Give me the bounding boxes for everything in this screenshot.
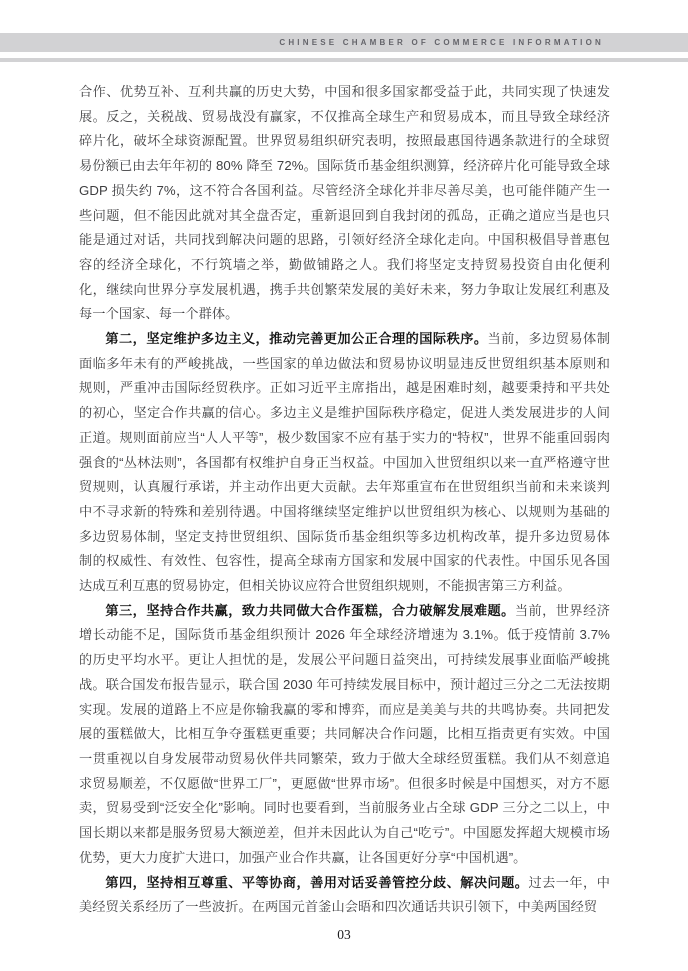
paragraph-2-lead: 第二，坚定维护多边主义，推动完善更加公正合理的国际秩序。 (105, 331, 487, 346)
paragraph-4: 第四，坚持相互尊重、平等协商，善用对话妥善管控分歧、解决问题。过去一年，中美经贸… (79, 871, 610, 920)
paragraph-2-text: 当前，多边贸易体制面临多年未有的严峻挑战，一些国家的单边做法和贸易协议明显违反世… (79, 331, 610, 593)
paragraph-1: 合作、优势互补、互利共赢的历史大势，中国和很多国家都受益于此，共同实现了快速发展… (79, 80, 610, 327)
page-header: CHINESE CHAMBER OF COMMERCE INFORMATION (0, 33, 688, 52)
paragraph-2: 第二，坚定维护多边主义，推动完善更加公正合理的国际秩序。当前，多边贸易体制面临多… (79, 327, 610, 599)
paragraph-3: 第三，坚持合作共赢，致力共同做大合作蛋糕，合力破解发展难题。当前，世界经济增长动… (79, 599, 610, 871)
paragraph-3-lead: 第三，坚持合作共赢，致力共同做大合作蛋糕，合力破解发展难题。 (105, 603, 514, 618)
paragraph-1-text: 合作、优势互补、互利共赢的历史大势，中国和很多国家都受益于此，共同实现了快速发展… (79, 84, 610, 321)
page-footer: 03 (0, 927, 688, 943)
header-title: CHINESE CHAMBER OF COMMERCE INFORMATION (279, 38, 604, 47)
paragraph-3-text: 当前，世界经济增长动能不足，国际货币基金组织预计 2026 年全球经济增速为 3… (79, 603, 610, 865)
paragraph-4-lead: 第四，坚持相互尊重、平等协商，善用对话妥善管控分歧、解决问题。 (105, 875, 528, 890)
document-body: 合作、优势互补、互利共赢的历史大势，中国和很多国家都受益于此，共同实现了快速发展… (79, 80, 610, 920)
header-divider (0, 58, 688, 62)
document-page: CHINESE CHAMBER OF COMMERCE INFORMATION … (0, 0, 688, 971)
page-number: 03 (337, 927, 351, 942)
